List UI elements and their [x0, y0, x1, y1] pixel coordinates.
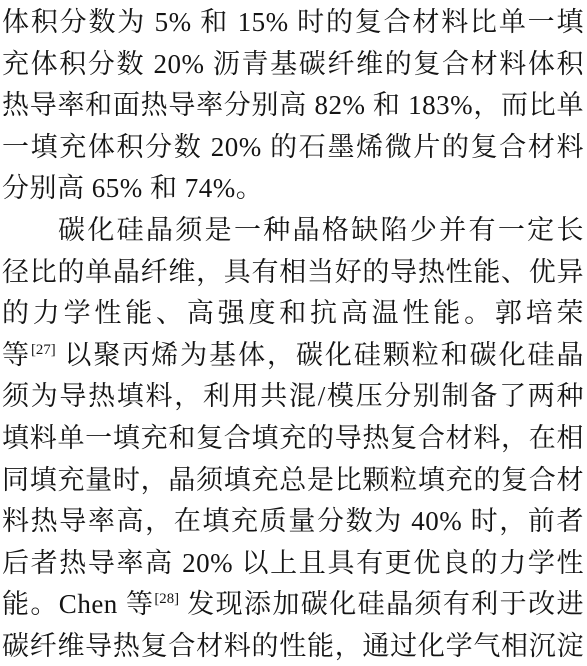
text-run: 碳化硅晶须是一种晶格缺陷少并有一定长: [58, 215, 584, 245]
document-page: 体积分数为 5% 和 15% 时的复合材料比单一填充体积分数 20% 沥青基碳纤…: [0, 0, 587, 666]
citation-superscript: [27]: [31, 342, 56, 358]
text-run: 分别高 65% 和 74%。: [2, 173, 263, 203]
text-run: 料热导率高，在填充质量分数为 40% 时，前者比: [2, 506, 584, 543]
text-run: 一填充体积分数 20% 的石墨烯微片的复合材料: [2, 132, 584, 162]
text-run: 碳纤维导热复合材料的性能，通过化学气相沉淀: [2, 631, 584, 661]
text-run: 发现添加碳化硅晶须有利于改进: [179, 589, 584, 619]
text-line: 能。Chen 等[28] 发现添加碳化硅晶须有利于改进: [2, 584, 584, 626]
text-line: 料热导率高，在填充质量分数为 40% 时，前者比: [2, 501, 584, 543]
text-line: 后者热导率高 20% 以上且具有更优良的力学性: [2, 543, 584, 585]
text-run: 体积分数为 5% 和 15% 时的复合材料比单一填: [2, 7, 584, 37]
text-run: 能。Chen 等: [2, 589, 154, 619]
citation-superscript: [28]: [154, 591, 179, 607]
text-run: 须为导热填料，利用共混/模压分别制备了两种: [2, 381, 584, 411]
text-line: 充体积分数 20% 沥青基碳纤维的复合材料体积: [2, 44, 584, 86]
text-run: 同填充量时，晶须填充总是比颗粒填充的复合材: [2, 465, 584, 495]
text-run: 以聚丙烯为基体，碳化硅颗粒和碳化硅晶: [56, 340, 584, 370]
text-run: 后者热导率高 20% 以上且具有更优良的力学性: [2, 548, 584, 578]
text-body: 体积分数为 5% 和 15% 时的复合材料比单一填充体积分数 20% 沥青基碳纤…: [2, 2, 584, 666]
text-line: 体积分数为 5% 和 15% 时的复合材料比单一填: [2, 2, 584, 44]
text-run: 填料单一填充和复合填充的导热复合材料，在相: [2, 423, 584, 453]
text-line: 径比的单晶纤维，具有相当好的导热性能、优异: [2, 252, 584, 294]
text-line: 热导率和面热导率分别高 82% 和 183%，而比单: [2, 85, 584, 127]
text-line: 碳化硅晶须是一种晶格缺陷少并有一定长: [2, 210, 584, 252]
text-line: 分别高 65% 和 74%。: [2, 168, 584, 210]
text-line: 一填充体积分数 20% 的石墨烯微片的复合材料: [2, 127, 584, 169]
text-run: 充体积分数 20% 沥青基碳纤维的复合材料体积: [2, 49, 584, 79]
text-line: 的力学性能、高强度和抗高温性能。郭培荣: [2, 293, 584, 335]
text-line: 碳纤维导热复合材料的性能，通过化学气相沉淀: [2, 626, 584, 666]
text-run: 等: [2, 340, 31, 370]
text-run: 热导率和面热导率分别高 82% 和 183%，而比单: [2, 90, 584, 120]
text-line: 填料单一填充和复合填充的导热复合材料，在相: [2, 418, 584, 460]
text-line: 等[27] 以聚丙烯为基体，碳化硅颗粒和碳化硅晶: [2, 335, 584, 377]
text-run: 的力学性能、高强度和抗高温性能。郭培荣: [2, 298, 584, 328]
text-line: 同填充量时，晶须填充总是比颗粒填充的复合材: [2, 460, 584, 502]
text-line: 须为导热填料，利用共混/模压分别制备了两种: [2, 376, 584, 418]
text-run: 径比的单晶纤维，具有相当好的导热性能、优异: [2, 257, 584, 287]
